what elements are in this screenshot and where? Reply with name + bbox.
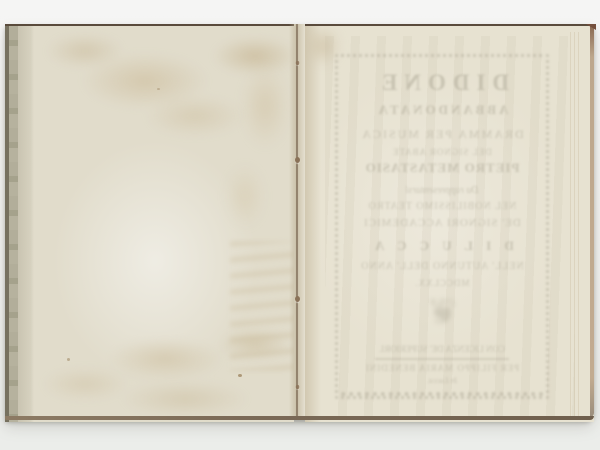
ink-speck bbox=[238, 374, 242, 377]
ghost-line: DEL SIGNOR ABATE bbox=[339, 147, 545, 157]
foxing-stain-top bbox=[25, 26, 293, 144]
ghost-line: D I L U C C A bbox=[339, 238, 545, 254]
foxing-stain-right bbox=[205, 46, 294, 246]
left-page-blank-verso bbox=[5, 24, 294, 422]
right-page-title-showthrough: DIDONE ABBANDONATA DRAMMA PER MUSICA DEL… bbox=[305, 24, 594, 422]
ornament-band-border bbox=[341, 392, 543, 396]
ghost-line: PER FILIPPO MARIA BENEDINI bbox=[339, 363, 545, 373]
page-gutter bbox=[289, 24, 305, 420]
sewing-stitch bbox=[296, 385, 300, 389]
ink-speck bbox=[157, 88, 160, 90]
cover-corner-tip bbox=[586, 24, 596, 30]
book-fore-edge bbox=[590, 26, 594, 417]
ghost-line: DIDONE bbox=[339, 70, 545, 96]
ghost-line: NEL NOBILISSIMO TEATRO bbox=[339, 201, 545, 212]
ghost-line: In Lucca. bbox=[339, 376, 545, 385]
ghost-line: DE' SIGNORI ACCADEMICI bbox=[339, 217, 545, 229]
ghost-line: CON LICENZA DE' SUPERIORI. bbox=[339, 344, 545, 354]
ghost-line: Da rappresentarsi bbox=[339, 185, 545, 196]
ghost-line: ABBANDONATA bbox=[339, 102, 545, 118]
open-booklet: DIDONE ABBANDONATA DRAMMA PER MUSICA DEL… bbox=[5, 24, 594, 420]
sewing-stitch bbox=[296, 61, 300, 65]
printer-rule bbox=[375, 358, 509, 360]
fleuron-ornament: ❦ bbox=[335, 292, 549, 332]
page-stack-edges bbox=[570, 32, 580, 416]
photo-background: DIDONE ABBANDONATA DRAMMA PER MUSICA DEL… bbox=[0, 0, 600, 450]
book-bottom-edge bbox=[5, 416, 594, 420]
cover-edge-highlight bbox=[18, 26, 34, 422]
ghost-line: NELL' AUTUNNO DELL' ANNO bbox=[339, 261, 545, 272]
cover-edge-strip bbox=[9, 26, 18, 422]
ghost-line: DRAMMA PER MUSICA bbox=[339, 127, 545, 142]
ghost-line: MDCCLXX. bbox=[339, 278, 545, 288]
ghost-title-text: DIDONE ABBANDONATA DRAMMA PER MUSICA DEL… bbox=[335, 52, 549, 404]
ink-speck bbox=[67, 358, 70, 361]
foxing-stain-bottom bbox=[25, 304, 287, 416]
ghost-line: PIETRO METASTASIO bbox=[339, 160, 545, 176]
sewing-stitch bbox=[295, 157, 300, 163]
water-stain-ripples bbox=[230, 241, 294, 371]
sewing-stitch bbox=[295, 296, 300, 302]
